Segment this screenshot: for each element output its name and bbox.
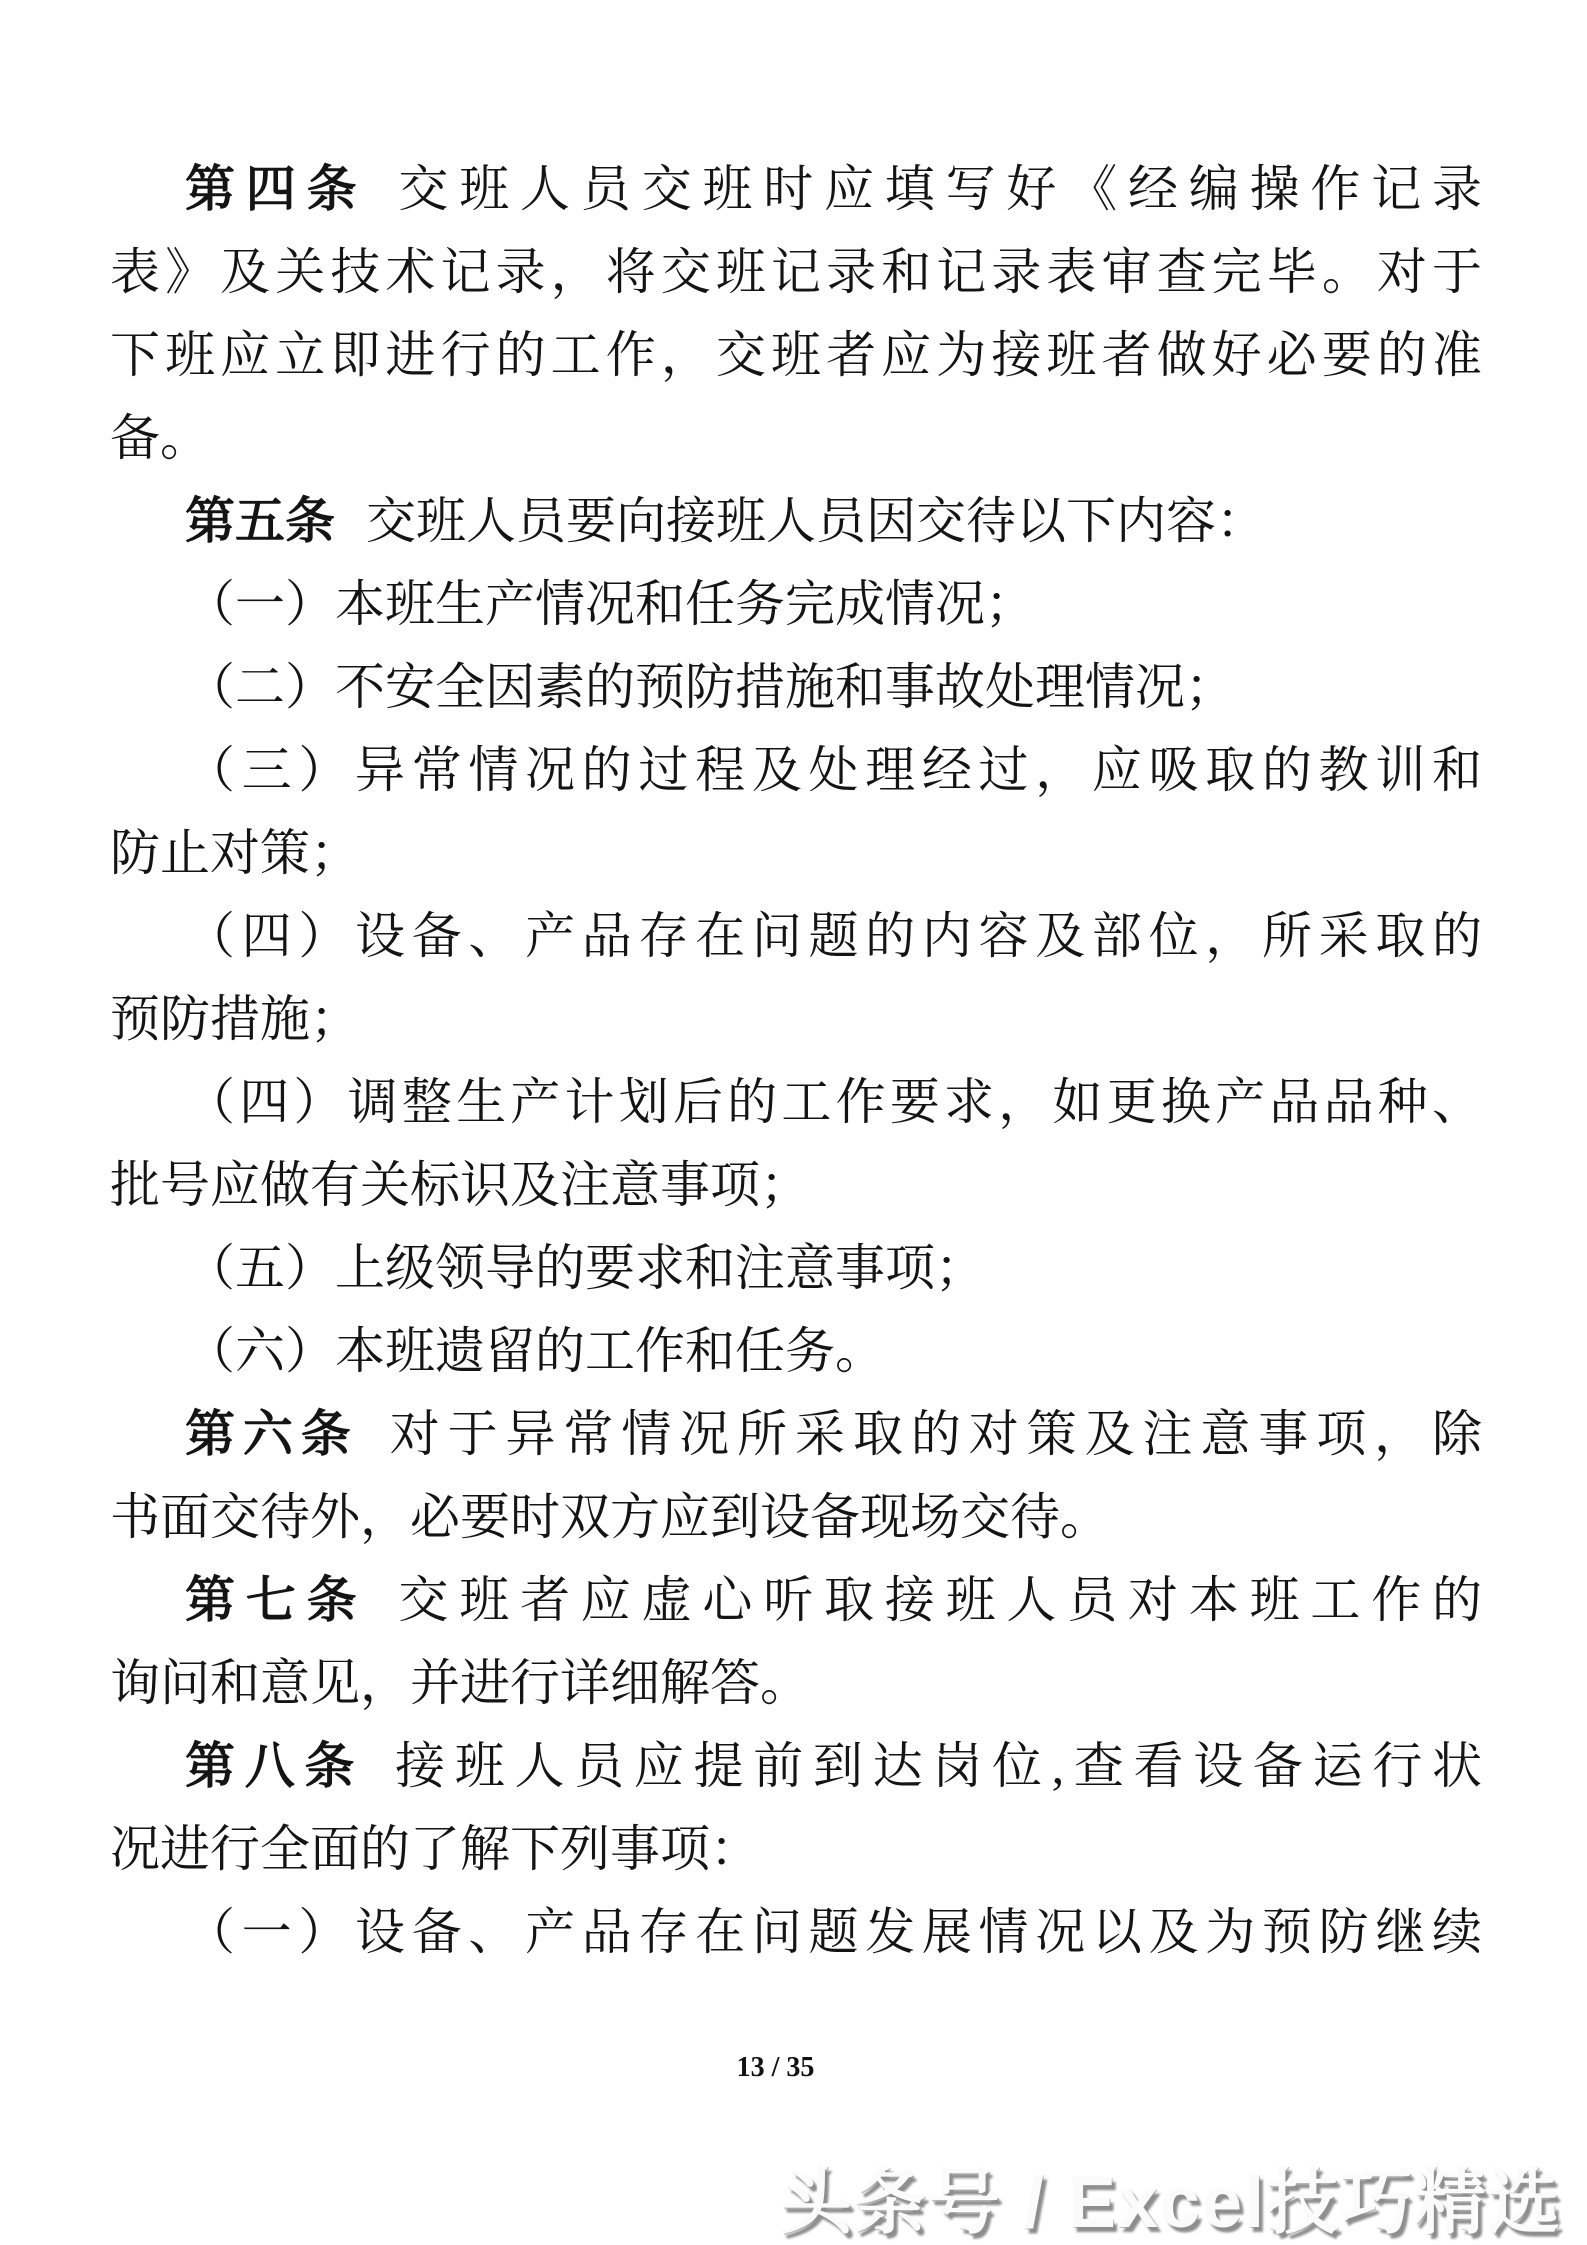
line-text: （一）设备、产品存在问题发展情况以及为预防继续 (185, 1904, 1482, 1960)
text-line: 第六条对于异常情况所采取的对策及注意事项，除 (110, 1393, 1482, 1476)
line-text: 况进行全面的了解下列事项： (110, 1821, 760, 1877)
line-text: （二）不安全因素的预防措施和事故处理情况； (185, 659, 1235, 715)
line-text: 对于异常情况所采取的对策及注意事项，除 (390, 1406, 1482, 1462)
line-text: 交班者应虚心听取接班人员对本班工作的 (398, 1572, 1482, 1628)
text-line: （三）异常情况的过程及处理经过，应吸取的教训和 (110, 729, 1482, 812)
line-text: 交班人员交班时应填写好《经编操作记录 (398, 161, 1482, 217)
line-text: （一）本班生产情况和任务完成情况； (185, 576, 1035, 632)
line-text: 备。 (110, 410, 210, 466)
text-line: 下班应立即进行的工作，交班者应为接班者做好必要的准 (110, 314, 1482, 397)
article-number: 第五条 (185, 493, 335, 549)
article-number: 第四条 (185, 161, 367, 217)
article-number: 第六条 (185, 1406, 359, 1462)
text-line: 表》及关技术记录，将交班记录和记录表审查完毕。对于 (110, 231, 1482, 314)
line-text: （六）本班遗留的工作和任务。 (185, 1323, 885, 1379)
text-line: 第八条接班人员应提前到达岗位,查看设备运行状 (110, 1725, 1482, 1808)
article-number: 第七条 (185, 1572, 367, 1628)
line-text: 下班应立即进行的工作，交班者应为接班者做好必要的准 (110, 327, 1482, 383)
line-text: 接班人员应提前到达岗位,查看设备运行状 (395, 1738, 1482, 1794)
line-text: （三）异常情况的过程及处理经过，应吸取的教训和 (185, 742, 1482, 798)
document-page: 第四条交班人员交班时应填写好《经编操作记录表》及关技术记录，将交班记录和记录表审… (0, 0, 1587, 2245)
article-number: 第八条 (185, 1738, 364, 1794)
text-line: 书面交待外，必要时双方应到设备现场交待。 (110, 1476, 1482, 1559)
text-line: （一）设备、产品存在问题发展情况以及为预防继续 (110, 1891, 1482, 1974)
line-text: 表》及关技术记录，将交班记录和记录表审查完毕。对于 (110, 244, 1482, 300)
line-text: 批号应做有关标识及注意事项； (110, 1157, 810, 1213)
text-line: （六）本班遗留的工作和任务。 (110, 1310, 1482, 1393)
line-text: 书面交待外，必要时双方应到设备现场交待。 (110, 1489, 1110, 1545)
text-line: 备。 (110, 397, 1482, 480)
text-line: 预防措施； (110, 978, 1482, 1061)
text-line: （五）上级领导的要求和注意事项； (110, 1227, 1482, 1310)
document-body: 第四条交班人员交班时应填写好《经编操作记录表》及关技术记录，将交班记录和记录表审… (110, 148, 1482, 1974)
line-text: （五）上级领导的要求和注意事项； (185, 1240, 985, 1296)
page-number: 13 / 35 (0, 2052, 1569, 2084)
line-text: 预防措施； (110, 991, 360, 1047)
line-text: 询问和意见，并进行详细解答。 (110, 1655, 810, 1711)
text-line: 第五条交班人员要向接班人员因交待以下内容： (110, 480, 1482, 563)
line-text: 防止对策； (110, 825, 360, 881)
text-line: （二）不安全因素的预防措施和事故处理情况； (110, 646, 1482, 729)
line-text: （四）设备、产品存在问题的内容及部位，所采取的 (185, 908, 1482, 964)
line-text: （四）调整生产计划后的工作要求，如更换产品品种、 (185, 1074, 1482, 1130)
watermark: 头条号 / Excel技巧精选 (780, 2144, 1562, 2245)
text-line: 询问和意见，并进行详细解答。 (110, 1642, 1482, 1725)
text-line: 第七条交班者应虚心听取接班人员对本班工作的 (110, 1559, 1482, 1642)
text-line: （四）调整生产计划后的工作要求，如更换产品品种、 (110, 1061, 1482, 1144)
text-line: （一）本班生产情况和任务完成情况； (110, 563, 1482, 646)
text-line: 况进行全面的了解下列事项： (110, 1808, 1482, 1891)
text-line: 批号应做有关标识及注意事项； (110, 1144, 1482, 1227)
text-line: 第四条交班人员交班时应填写好《经编操作记录 (110, 148, 1482, 231)
text-line: 防止对策； (110, 812, 1482, 895)
text-line: （四）设备、产品存在问题的内容及部位，所采取的 (110, 895, 1482, 978)
line-text: 交班人员要向接班人员因交待以下内容： (366, 493, 1266, 549)
